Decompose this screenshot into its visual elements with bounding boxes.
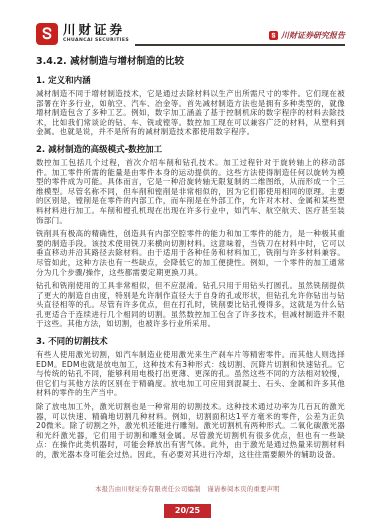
paragraph: 铣削具有极高的精确性，创造具有内部空腔零件的能力和加工零件的能力，是一种极其重要… bbox=[36, 229, 345, 277]
page-number-badge: 20/25 bbox=[164, 504, 211, 518]
document-body: 3.4.2. 减材制造与增材制造的比较 1. 定义和内涵 减材制造不同于增材制造… bbox=[0, 56, 375, 460]
paragraph: 减材制造不同于增材制造技术，它是通过去除材料以生产出所需尺寸的零件。它们现在被部… bbox=[36, 89, 345, 137]
brand-logo: 川财证券 CHUANCAI SECURITIES bbox=[36, 23, 129, 46]
paragraph: 钻孔和铣削使用的工具非常相似，但不应混淆。钻孔只用于用钻头打圆孔。虽然铣削提供了… bbox=[36, 281, 345, 329]
report-series-label: 川财证券研究报告 bbox=[269, 30, 345, 41]
header-rule: 川财证券研究报告 bbox=[135, 20, 345, 46]
paragraph: 数控加工包括几个过程，首次介绍车削和钻孔技术。加工过程针对于旋转轴上的移动部件。… bbox=[36, 158, 345, 225]
paragraph: 有些人使用激光切割，如汽车制造业使用激光来生产刹车片等精密零件。而其他人则选择E… bbox=[36, 350, 345, 398]
section-heading-1: 1. 定义和内涵 bbox=[36, 76, 345, 86]
footer-disclaimer: 本报告由川财证券有限责任公司编制 谨请参阅本页的重要声明 bbox=[0, 484, 375, 493]
report-page: 川财证券 CHUANCAI SECURITIES 川财证券研究报告 3.4.2.… bbox=[0, 0, 375, 530]
page-header: 川财证券 CHUANCAI SECURITIES 川财证券研究报告 bbox=[36, 20, 345, 46]
report-series-text: 川财证券研究报告 bbox=[281, 30, 345, 41]
brand-name-cn: 川财证券 bbox=[63, 24, 129, 37]
chuancai-mini-logo-icon bbox=[269, 31, 278, 40]
section-heading-2: 2. 减材制造的高级模式-数控加工 bbox=[36, 145, 345, 155]
brand-name-en: CHUANCAI SECURITIES bbox=[63, 39, 129, 44]
brand-text-block: 川财证券 CHUANCAI SECURITIES bbox=[63, 24, 129, 43]
page-footer: 本报告由川财证券有限责任公司编制 谨请参阅本页的重要声明 20/25 bbox=[0, 484, 375, 518]
section-heading-3: 3. 不同的切割技术 bbox=[36, 337, 345, 347]
page-title: 3.4.2. 减材制造与增材制造的比较 bbox=[36, 56, 345, 68]
paragraph: 除了放电加工外，激光切割也是一种常用的切割技术。这种技术通过功率为几百瓦的激光器… bbox=[36, 402, 345, 460]
chuancai-s-logo-icon bbox=[36, 23, 58, 45]
